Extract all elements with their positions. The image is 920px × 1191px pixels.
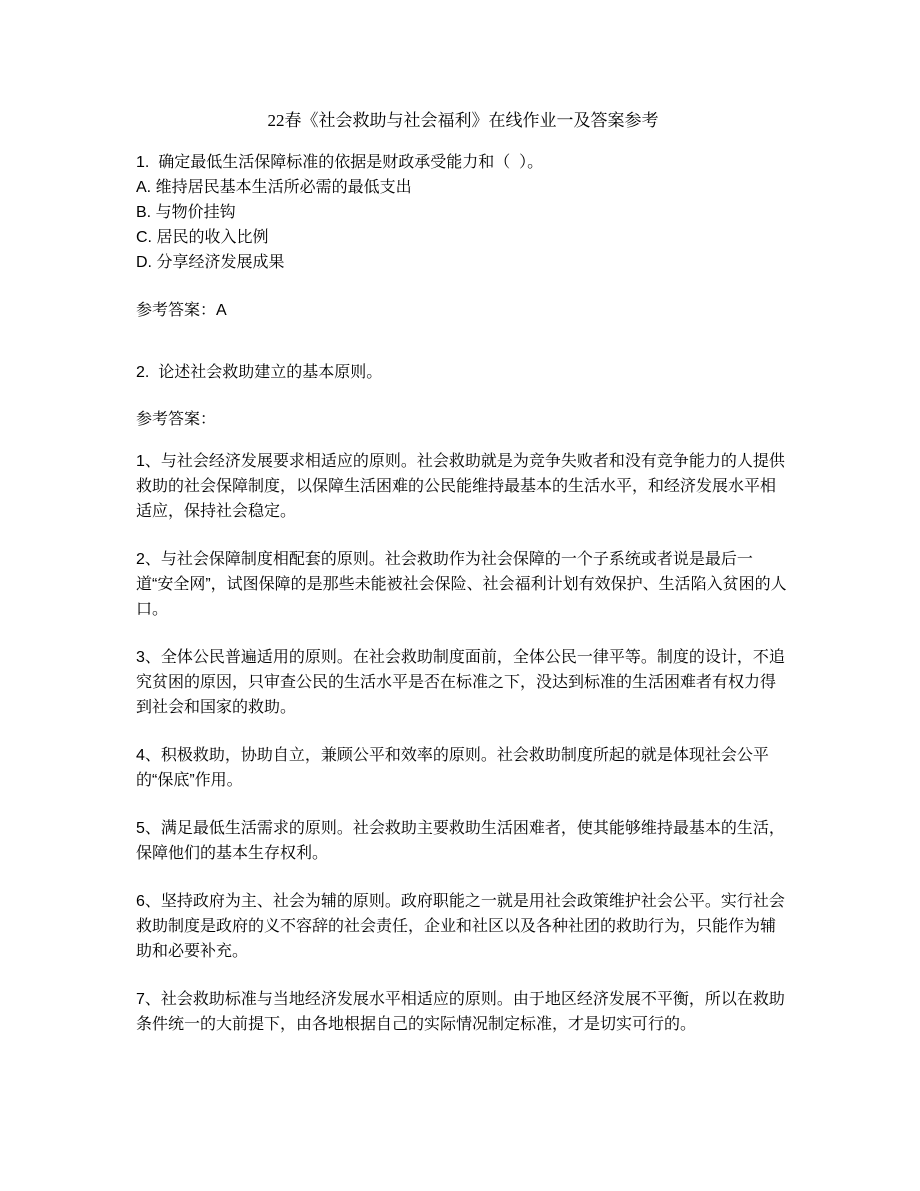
document-title: 22春《社会救助与社会福利》在线作业一及答案参考 [136,108,790,133]
answer-paragraph-6: 6、坚持政府为主、社会为辅的原则。政府职能之一就是用社会政策维护社会公平。实行社… [136,889,790,964]
question-1-option-c: C. 居民的收入比例 [136,225,790,250]
answer-paragraph-2: 2、与社会保障制度相配套的原则。社会救助作为社会保障的一个子系统或者说是最后一道… [136,547,790,622]
question-1-option-d: D. 分享经济发展成果 [136,250,790,275]
answer-paragraph-3: 3、全体公民普遍适用的原则。在社会救助制度面前，全体公民一律平等。制度的设计，不… [136,645,790,720]
answer-paragraph-4: 4、积极救助，协助自立，兼顾公平和效率的原则。社会救助制度所起的就是体现社会公平… [136,743,790,793]
question-1-option-a: A. 维持居民基本生活所必需的最低支出 [136,175,790,200]
question-2-stem: 2. 论述社会救助建立的基本原则。 [136,360,790,385]
question-2-answer-label: 参考答案： [136,407,790,432]
document-page: 22春《社会救助与社会福利》在线作业一及答案参考 1. 确定最低生活保障标准的依… [0,0,920,1191]
question-1-answer: 参考答案：A [136,298,790,323]
answer-paragraph-7: 7、社会救助标准与当地经济发展水平相适应的原则。由于地区经济发展不平衡，所以在救… [136,987,790,1037]
document-content: 22春《社会救助与社会福利》在线作业一及答案参考 1. 确定最低生活保障标准的依… [0,0,920,1037]
question-1-option-b: B. 与物价挂钩 [136,200,790,225]
answer-paragraph-1: 1、与社会经济发展要求相适应的原则。社会救助就是为竞争失败者和没有竞争能力的人提… [136,449,790,524]
answer-paragraph-5: 5、满足最低生活需求的原则。社会救助主要救助生活困难者，使其能够维持最基本的生活… [136,816,790,866]
question-1-stem: 1. 确定最低生活保障标准的依据是财政承受能力和（ ）。 [136,150,790,175]
